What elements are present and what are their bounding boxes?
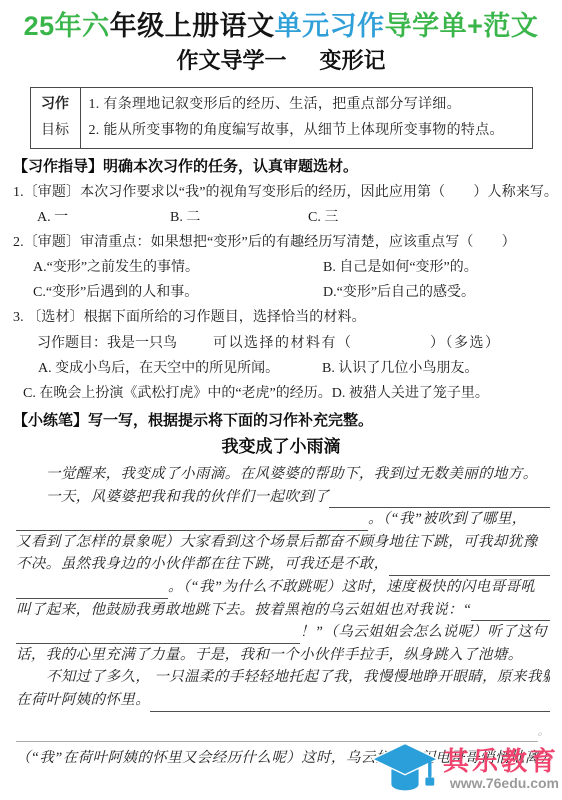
goals-header-line2: 目标 <box>33 118 78 144</box>
question-2-options-row1: A.“变形”之前发生的事情。 B. 自己是如何“变形”的。 <box>33 258 549 277</box>
essay-text: 话，我的心里充满了力量。于是，我和一个小伙伴手拉手，纵身跳入了池塘。 <box>16 644 523 667</box>
essay-line: ！”（乌云姐姐会怎么说呢）听了这句 <box>16 621 550 644</box>
essay-title: 我变成了小雨滴 <box>0 436 562 458</box>
essay-text: 一天，风婆婆把我和我的伙伴们一起吹到了 <box>46 486 329 509</box>
essay-text: 。（“我”为什么不敢跳呢）这时，速度极快的闪电哥哥吼 <box>168 576 535 599</box>
fill-in-blank <box>16 723 538 742</box>
goals-table: 习作 目标 1. 有条理地记叙变形后的经历、生活，把重点部分写详细。 2. 能从… <box>30 87 533 149</box>
lesson-title-right: 变形记 <box>320 48 386 73</box>
title-segment-year: 25年六 <box>24 11 110 41</box>
essay-text: 一觉醒来，我变成了小雨滴。在风婆婆的帮助下，我到过无数美丽的地方。 <box>46 463 538 486</box>
question-3-prompt: 习作题目：我是一只鸟 可以选择的材料有（ ）（多选） <box>37 334 549 353</box>
practice-heading: 【小练笔】写一写，根据提示将下面的习作补充完整。 <box>13 411 562 431</box>
essay-line: 又看到了怎样的景象呢）大家看到这个场景后都奋不顾身地往下跳，可我却犹豫 <box>16 531 550 554</box>
essay-topic-label: 习作题目：我是一只鸟 <box>37 334 213 353</box>
option-q2-b: B. 自己是如何“变形”的。 <box>323 258 478 277</box>
essay-line: 话，我的心里充满了力量。于是，我和一个小伙伴手拉手，纵身跳入了池塘。 <box>16 644 550 667</box>
site-logo: 其乐教育 www.76edu.com <box>371 742 559 796</box>
lesson-title: 作文导学一变形记 <box>0 47 562 75</box>
option-q2-c: C.“变形”后遇到的人和事。 <box>33 283 323 302</box>
essay-line: 叫了起来，他鼓励我勇敢地跳下去。披着黑袍的乌云姐姐也对我说：“ <box>16 599 550 622</box>
essay-line: 在荷叶阿姨的怀里。 <box>16 689 550 712</box>
fill-in-blank <box>16 625 300 644</box>
essay-text: 叫了起来，他鼓励我勇敢地跳下去。披着黑袍的乌云姐姐也对我说：“ <box>16 599 471 622</box>
essay-line: 一觉醒来，我变成了小雨滴。在风婆婆的帮助下，我到过无数美丽的地方。 <box>16 463 550 486</box>
goals-table-body-cell: 1. 有条理地记叙变形后的经历、生活，把重点部分写详细。 2. 能从所变事物的角… <box>80 88 532 149</box>
essay-text: 不知过了多久， 一只温柔的手轻轻地托起了我，我慢慢地睁开眼睛，原来我躺 <box>46 666 550 689</box>
practice-section: 【小练笔】写一写，根据提示将下面的习作补充完整。 我变成了小雨滴 一觉醒来，我变… <box>0 411 562 770</box>
material-choice-label: 可以选择的材料有（ ）（多选） <box>213 334 501 353</box>
essay-text: 不决。虽然我身边的小伙伴都在往下跳，可我还是不敢， <box>16 553 389 576</box>
question-2-options-row2: C.“变形”后遇到的人和事。 D.“变形”后自己的感受。 <box>33 283 549 302</box>
table-row: 习作 目标 1. 有条理地记叙变形后的经历、生活，把重点部分写详细。 2. 能从… <box>30 88 532 149</box>
title-segment-grade: 年级上册语文 <box>110 11 275 41</box>
essay-line: 一天，风婆婆把我和我的伙伴们一起吹到了 <box>16 486 550 509</box>
page-title: 25年六年级上册语文单元习作导学单+范文 <box>0 10 562 42</box>
guide-section: 【习作指导】明确本次习作的任务，认真审题选材。 1.〔审题〕本次习作要求以“我”… <box>13 157 549 403</box>
essay-text: 在荷叶阿姨的怀里。 <box>16 689 150 712</box>
option-q1-b: B. 二 <box>170 208 308 227</box>
essay-line: 不知过了多久， 一只温柔的手轻轻地托起了我，我慢慢地睁开眼睛，原来我躺 <box>16 666 550 689</box>
logo-text-block: 其乐教育 www.76edu.com <box>443 747 559 791</box>
fill-in-blank <box>16 512 368 531</box>
option-q2-d: D.“变形”后自己的感受。 <box>323 283 475 302</box>
graduation-cap-icon <box>371 742 439 798</box>
guide-heading: 【习作指导】明确本次习作的任务，认真审题选材。 <box>13 157 549 177</box>
essay-text: 。（“我”被吹到了哪里， <box>368 508 527 531</box>
title-segment-unit: 单元习作 <box>275 11 385 41</box>
question-3-options-row2: C. 在晚会上扮演《武松打虎》中的“老虎”的经历。D. 被猎人关进了笼子里。 <box>23 384 549 403</box>
essay-line: 。（“我”为什么不敢跳呢）这时，速度极快的闪电哥哥吼 <box>16 576 550 599</box>
goals-table-header-cell: 习作 目标 <box>30 88 80 149</box>
essay-text: ！”（乌云姐姐会怎么说呢）听了这句 <box>300 621 547 644</box>
fill-in-blank <box>16 580 168 599</box>
question-2: 2.〔审题〕审清重点：如果想把“变形”后的有趣经历写清楚，应该重点写（ ） <box>13 233 549 252</box>
question-3: 3. 〔选材〕根据下面所给的习作题目，选择恰当的材料。 <box>13 308 549 327</box>
question-1: 1.〔审题〕本次习作要求以“我”的视角写变形后的经历，因此应用第（ ）人称来写。 <box>13 183 549 202</box>
essay-line: 不决。虽然我身边的小伙伴都在往下跳，可我还是不敢， <box>16 553 550 576</box>
fill-in-blank <box>329 489 550 508</box>
essay-body: 一觉醒来，我变成了小雨滴。在风婆婆的帮助下，我到过无数美丽的地方。 一天，风婆婆… <box>16 463 550 770</box>
option-q3-b: B. 认识了几位小鸟朋友。 <box>322 359 478 378</box>
essay-line: 。 <box>16 720 550 743</box>
goal-item-2: 2. 能从所变事物的角度编写故事，从细节上体现所变事物的特点。 <box>89 118 524 144</box>
fill-in-blank <box>389 557 551 576</box>
logo-name: 其乐教育 <box>443 747 559 775</box>
fill-in-blank <box>150 693 550 712</box>
fill-in-blank <box>471 602 550 621</box>
goals-header-line1: 习作 <box>33 92 78 118</box>
option-q1-a: A. 一 <box>37 208 170 227</box>
worksheet-page: 25年六年级上册语文单元习作导学单+范文 作文导学一变形记 习作 目标 1. 有… <box>0 0 562 800</box>
lesson-title-left: 作文导学一 <box>176 48 286 73</box>
essay-text: 。 <box>538 720 550 743</box>
option-q3-a: A. 变成小鸟后，在天空中的所见所闻。 <box>38 359 322 378</box>
logo-url: www.76edu.com <box>450 775 559 791</box>
essay-line: 。（“我”被吹到了哪里， <box>16 508 550 531</box>
option-q2-a: A.“变形”之前发生的事情。 <box>33 258 323 277</box>
question-1-options: A. 一 B. 二 C. 三 <box>37 208 549 227</box>
goal-item-1: 1. 有条理地记叙变形后的经历、生活，把重点部分写详细。 <box>89 92 524 118</box>
title-segment-guide: 导学单+范文 <box>385 11 539 41</box>
question-3-options-row1: A. 变成小鸟后，在天空中的所见所闻。 B. 认识了几位小鸟朋友。 <box>38 359 549 378</box>
option-q1-c: C. 三 <box>308 208 338 227</box>
essay-text: 又看到了怎样的景象呢）大家看到这个场景后都奋不顾身地往下跳，可我却犹豫 <box>16 531 538 554</box>
